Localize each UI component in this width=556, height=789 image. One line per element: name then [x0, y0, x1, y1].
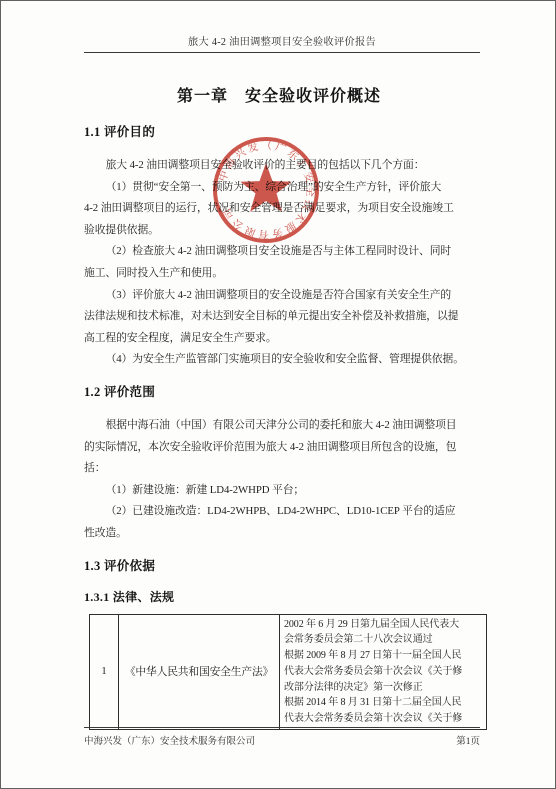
paragraph-scope-intro: 根据中海石油（中国）有限公司天津分公司的委托和旅大 4-2 油田调整项目 的实际… [84, 415, 480, 480]
page-header: 旅大 4-2 油田调整项目安全验收评价报告 [84, 33, 480, 53]
section-heading-1-3-1: 1.3.1 法律、法规 [84, 589, 480, 606]
section-heading-1-2: 1.2 评价范围 [84, 384, 480, 401]
page-footer: 中海兴发（广东）安全技术服务有限公司 第1页 [84, 727, 480, 747]
paragraph-purpose-intro: 旅大 4-2 油田调整项目安全验收评价的主要目的包括以下几个方面： [84, 155, 480, 177]
paragraph-scope-2: （2）已建设施改造：LD4-2WHPB、LD4-2WHPC、LD10-1CEP … [84, 501, 480, 544]
footer-page-number: 第1页 [456, 733, 480, 747]
footer-company: 中海兴发（广东）安全技术服务有限公司 [84, 733, 255, 747]
paragraph-purpose-1: （1）贯彻“安全第一、预防为主、综合治理”的安全生产方针，评价旅大 4-2 油田… [84, 177, 480, 242]
row-number-cell: 1 [90, 614, 119, 730]
paragraph-purpose-4: （4）为安全生产监管部门实施项目的安全验收和安全监督、管理提供依据。 [84, 349, 480, 371]
law-name-cell: 《中华人民共和国安全生产法》 [119, 614, 280, 730]
document-body: 1.1 评价目的 旅大 4-2 油田调整项目安全验收评价的主要目的包括以下几个方… [84, 124, 480, 730]
paragraph-scope-1: （1）新建设施：新建 LD4-2WHPD 平台； [84, 480, 480, 502]
paragraph-purpose-3: （3）评价旅大 4-2 油田调整项目的安全设施是否符合国家有关安全生产的 法律法… [84, 285, 480, 350]
section-heading-1-1: 1.1 评价目的 [84, 124, 480, 141]
section-heading-1-3: 1.3 评价依据 [84, 558, 480, 575]
legal-basis-table: 1 《中华人民共和国安全生产法》 2002 年 6 月 29 日第九届全国人民代… [89, 614, 487, 731]
document-page: 旅大 4-2 油田调整项目安全验收评价报告 第一章 安全验收评价概述 1.1 评… [0, 0, 556, 789]
running-head-title: 旅大 4-2 油田调整项目安全验收评价报告 [188, 37, 376, 48]
law-detail-cell: 2002 年 6 月 29 日第九届全国人民代表大 会常务委员会第二十八次会议通… [280, 614, 487, 730]
paragraph-purpose-2: （2）检查旅大 4-2 油田调整项目安全设施是否与主体工程同时设计、同时 施工、… [84, 241, 480, 284]
chapter-title: 第一章 安全验收评价概述 [1, 83, 556, 106]
table-row: 1 《中华人民共和国安全生产法》 2002 年 6 月 29 日第九届全国人民代… [90, 614, 487, 730]
